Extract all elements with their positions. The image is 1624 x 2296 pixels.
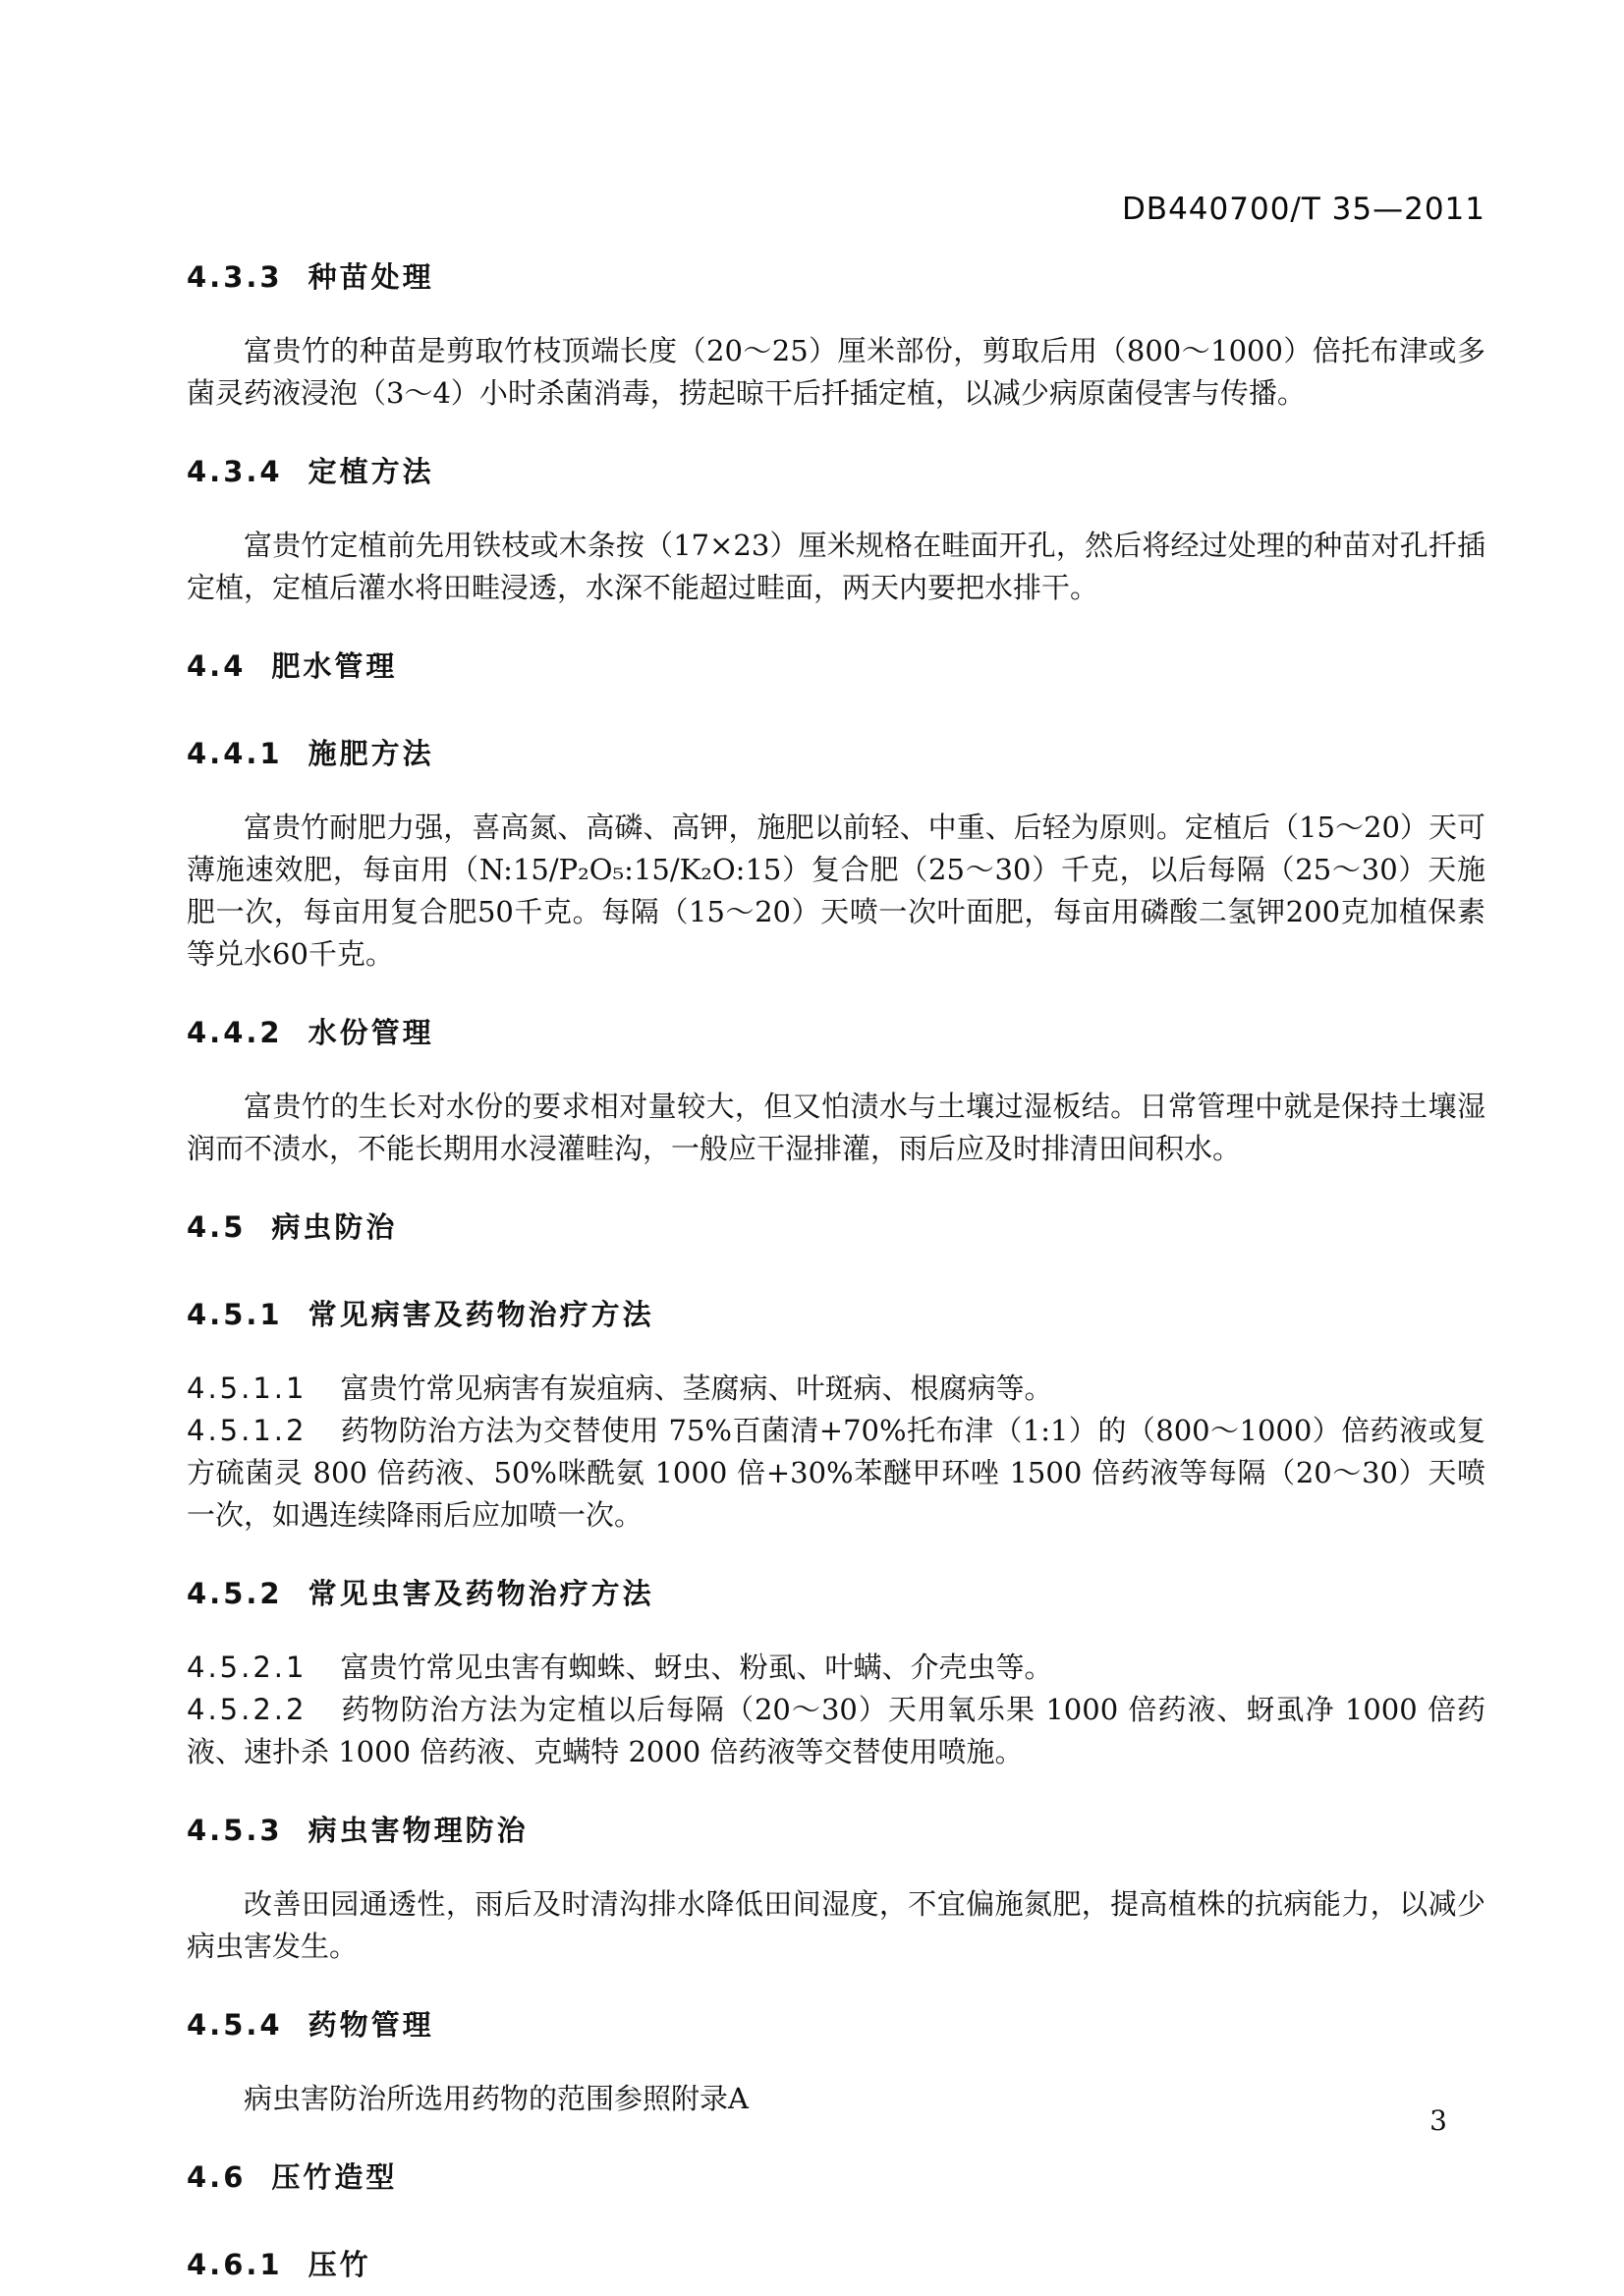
clause-text: 富贵竹常见病害有炭疽病、茎腐病、叶斑病、根腐病等。 <box>340 1372 1052 1405</box>
page-content: DB440700/T 35—2011 4.3.3种苗处理 富贵竹的种苗是剪取竹枝… <box>187 192 1485 2281</box>
section-number: 4.6 <box>187 2160 246 2194</box>
standard-code-header: DB440700/T 35—2011 <box>187 192 1485 227</box>
heading-4-3-3: 4.3.3种苗处理 <box>187 261 1485 294</box>
page-number: 3 <box>1429 2104 1447 2137</box>
section-title: 种苗处理 <box>308 260 434 294</box>
heading-4-5-1: 4.5.1常见病害及药物治疗方法 <box>187 1299 1485 1331</box>
clause-text: 药物防治方法为定植以后每隔（20～30）天用氧乐果 1000 倍药液、蚜虱净 1… <box>187 1693 1485 1768</box>
section-title: 病虫防治 <box>271 1210 397 1244</box>
section-title: 压竹 <box>308 2248 371 2281</box>
section-number: 4.3.4 <box>187 455 283 488</box>
heading-4-4-1: 4.4.1施肥方法 <box>187 738 1485 770</box>
body-paragraph: 富贵竹耐肥力强，喜高氮、高磷、高钾，施肥以前轻、中重、后轻为原则。定植后（15～… <box>187 807 1485 976</box>
clause-number: 4.5.2.2 <box>187 1693 307 1726</box>
section-number: 4.5.3 <box>187 1814 283 1847</box>
clause-text: 富贵竹常见虫害有蜘蛛、蚜虫、粉虱、叶螨、介壳虫等。 <box>340 1651 1052 1684</box>
clause-paragraph-4-5-2-1: 4.5.2.1富贵竹常见虫害有蜘蛛、蚜虫、粉虱、叶螨、介壳虫等。 <box>187 1647 1485 1689</box>
heading-4-5-2: 4.5.2常见虫害及药物治疗方法 <box>187 1578 1485 1610</box>
section-number: 4.5.2 <box>187 1577 283 1610</box>
body-paragraph: 富贵竹的种苗是剪取竹枝顶端长度（20～25）厘米部份，剪取后用（800～1000… <box>187 330 1485 415</box>
document-page: DB440700/T 35—2011 4.3.3种苗处理 富贵竹的种苗是剪取竹枝… <box>0 0 1624 2296</box>
clause-paragraph-4-5-2-2: 4.5.2.2药物防治方法为定植以后每隔（20～30）天用氧乐果 1000 倍药… <box>187 1689 1485 1773</box>
section-title: 常见病害及药物治疗方法 <box>308 1298 654 1331</box>
section-title: 施肥方法 <box>308 737 434 770</box>
section-number: 4.4.1 <box>187 737 283 770</box>
section-number: 4.5.1 <box>187 1298 283 1331</box>
heading-4-4-2: 4.4.2水份管理 <box>187 1017 1485 1049</box>
heading-4-6-1: 4.6.1压竹 <box>187 2249 1485 2281</box>
clause-paragraph-4-5-1-1: 4.5.1.1富贵竹常见病害有炭疽病、茎腐病、叶斑病、根腐病等。 <box>187 1368 1485 1410</box>
section-number: 4.6.1 <box>187 2248 283 2281</box>
clause-number: 4.5.1.1 <box>187 1372 307 1405</box>
section-title: 肥水管理 <box>271 649 397 683</box>
heading-4-5-4: 4.5.4药物管理 <box>187 2009 1485 2042</box>
clause-number: 4.5.2.1 <box>187 1651 307 1684</box>
section-title: 病虫害物理防治 <box>308 1814 529 1847</box>
body-paragraph: 富贵竹的生长对水份的要求相对量较大，但又怕渍水与土壤过湿板结。日常管理中就是保持… <box>187 1086 1485 1170</box>
section-number: 4.5.4 <box>187 2008 283 2042</box>
clause-number: 4.5.1.2 <box>187 1414 307 1447</box>
section-number: 4.4 <box>187 649 246 683</box>
section-title: 压竹造型 <box>271 2160 397 2194</box>
section-title: 水份管理 <box>308 1016 434 1049</box>
section-number: 4.4.2 <box>187 1016 283 1049</box>
heading-4-5-3: 4.5.3病虫害物理防治 <box>187 1815 1485 1847</box>
heading-4-5: 4.5病虫防治 <box>187 1211 1485 1244</box>
heading-4-6: 4.6压竹造型 <box>187 2161 1485 2194</box>
section-title: 定植方法 <box>308 455 434 488</box>
heading-4-3-4: 4.3.4定植方法 <box>187 456 1485 488</box>
body-paragraph: 富贵竹定植前先用铁枝或木条按（17×23）厘米规格在畦面开孔，然后将经过处理的种… <box>187 525 1485 609</box>
section-title: 药物管理 <box>308 2008 434 2042</box>
heading-4-4: 4.4肥水管理 <box>187 650 1485 683</box>
section-number: 4.5 <box>187 1210 246 1244</box>
body-paragraph: 病虫害防治所选用药物的范围参照附录A <box>187 2078 1485 2120</box>
section-title: 常见虫害及药物治疗方法 <box>308 1577 654 1610</box>
body-paragraph: 改善田园通透性，雨后及时清沟排水降低田间湿度，不宜偏施氮肥，提高植株的抗病能力，… <box>187 1883 1485 1968</box>
clause-text: 药物防治方法为交替使用 75%百菌清+70%托布津（1:1）的（800～1000… <box>187 1414 1485 1532</box>
section-number: 4.3.3 <box>187 260 283 294</box>
clause-paragraph-4-5-1-2: 4.5.1.2药物防治方法为交替使用 75%百菌清+70%托布津（1:1）的（8… <box>187 1410 1485 1537</box>
